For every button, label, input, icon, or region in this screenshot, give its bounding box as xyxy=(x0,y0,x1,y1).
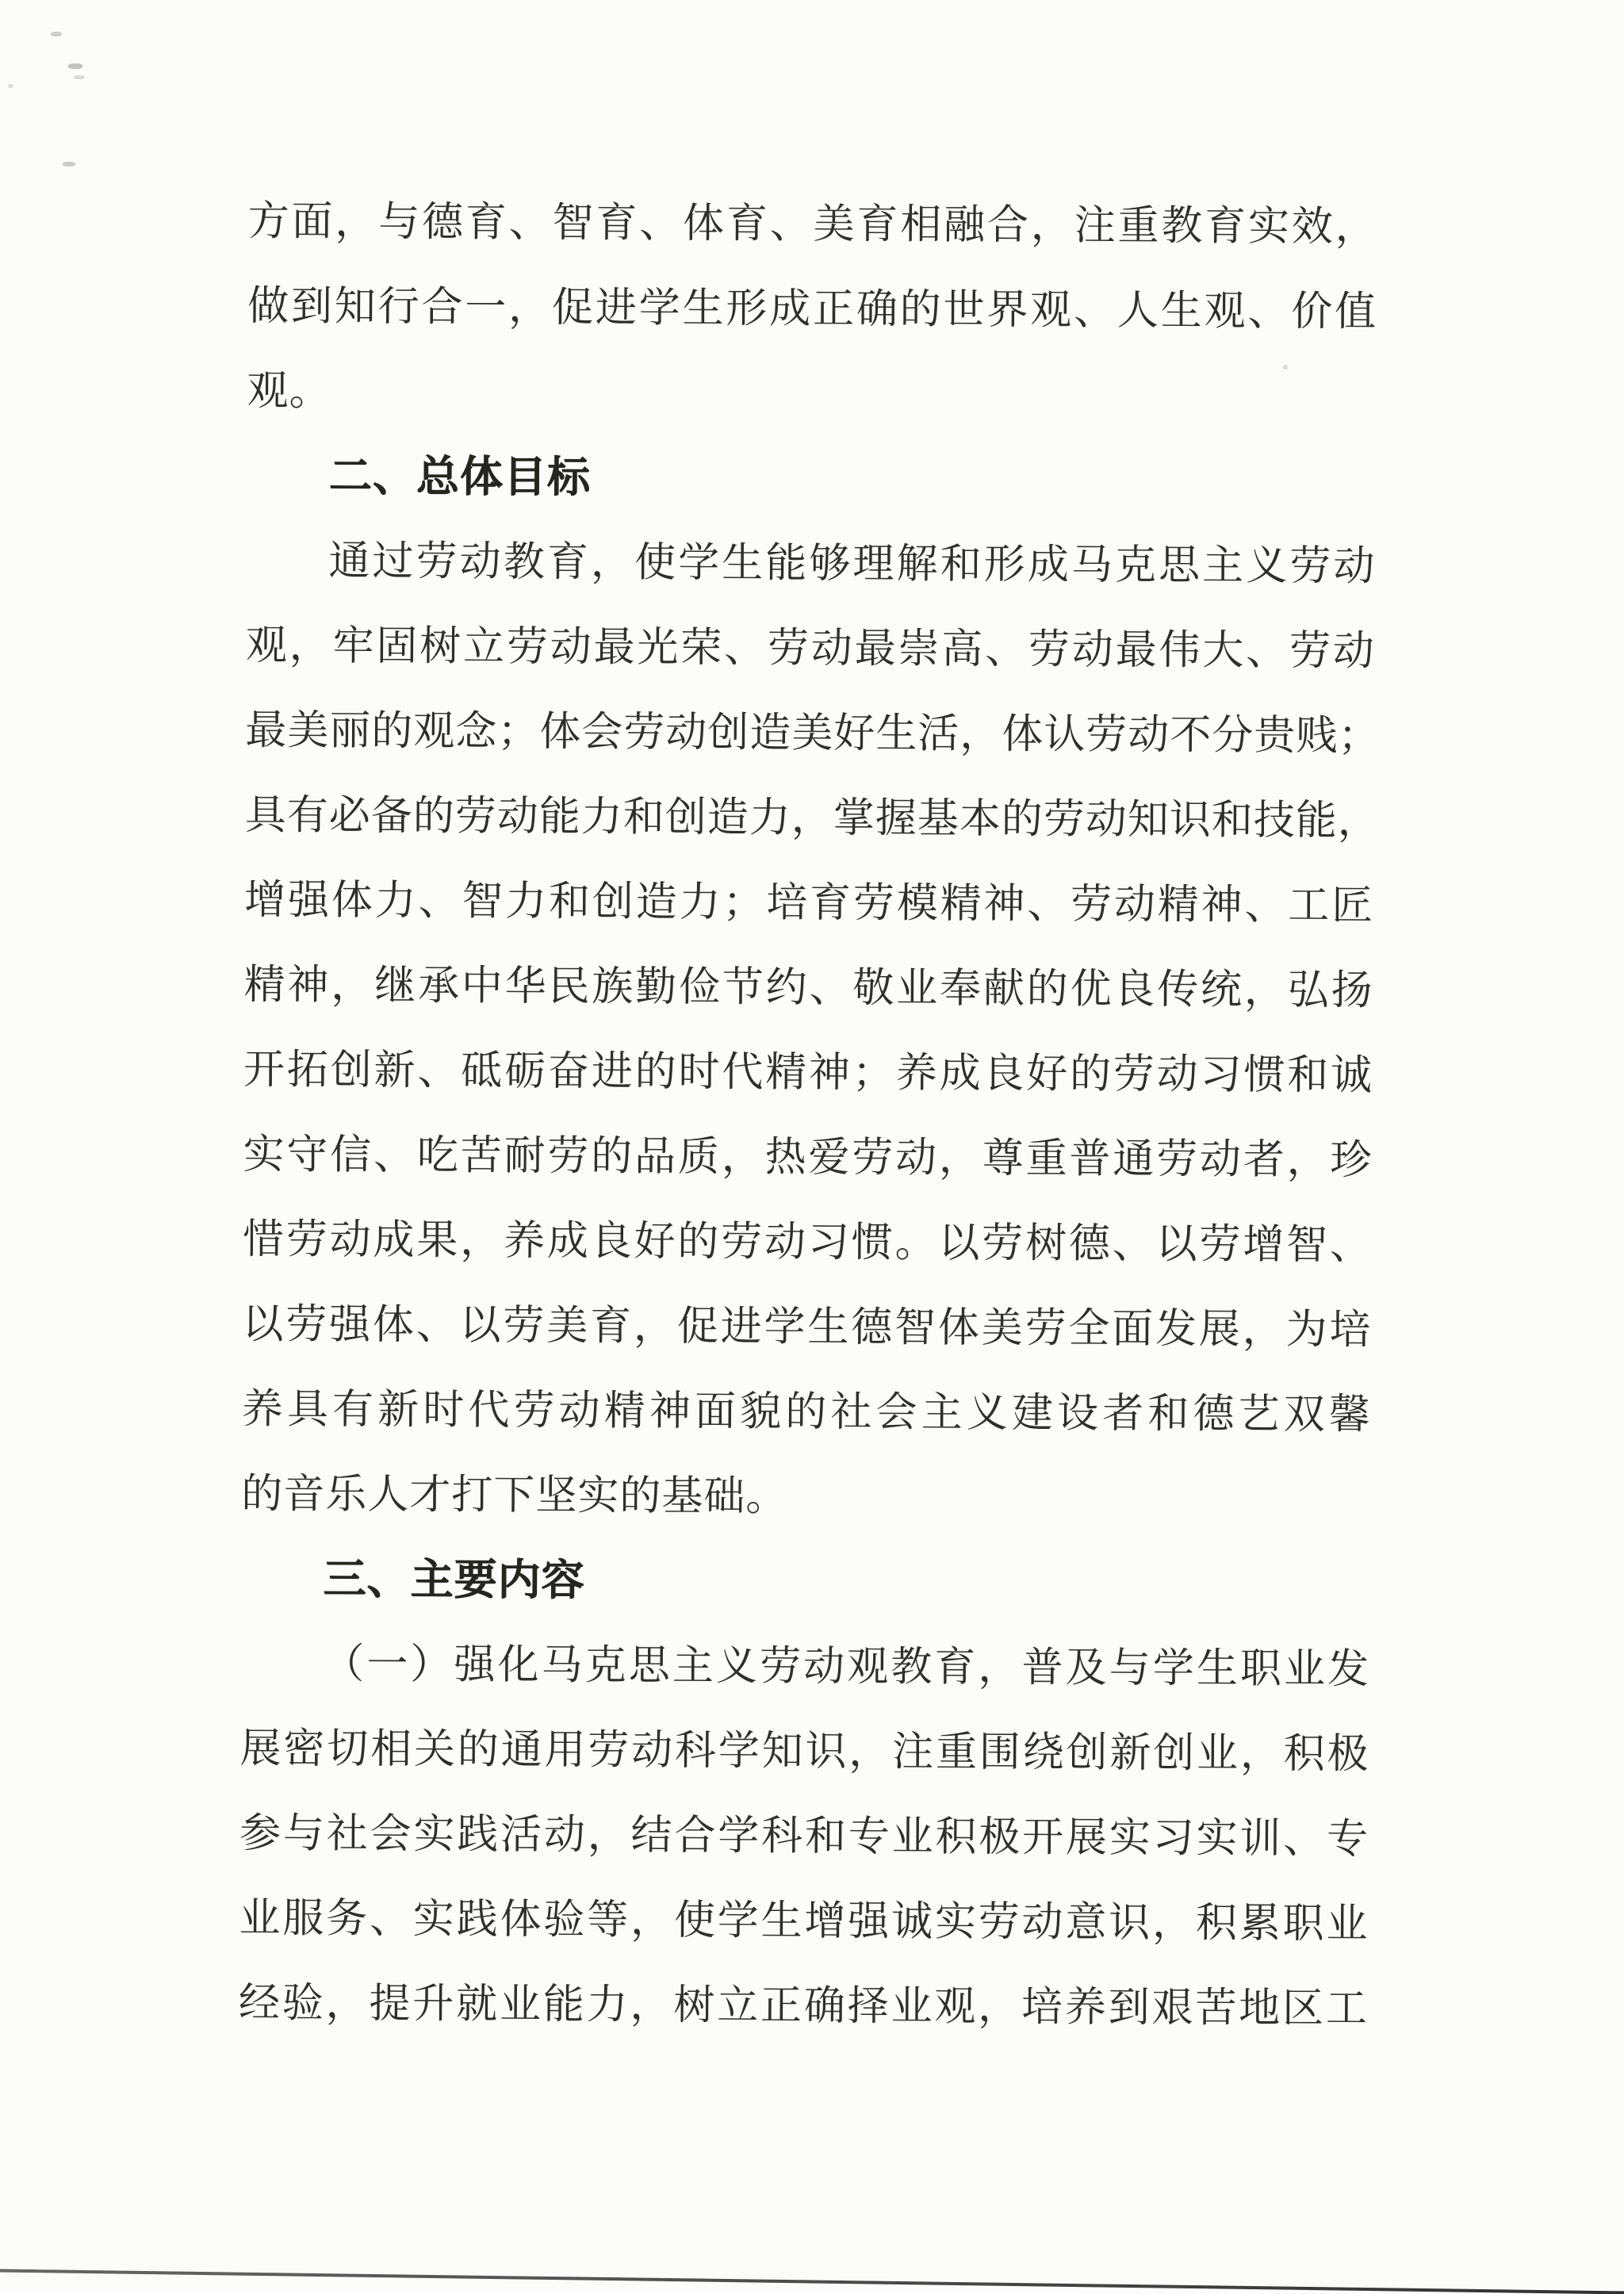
text-line: 精神，继承中华民族勤俭节约、敬业奉献的优良传统，弘扬 xyxy=(243,943,1373,1033)
text-line: 经验，提升就业能力，树立正确择业观，培养到艰苦地区工 xyxy=(239,1961,1369,2051)
scan-speck xyxy=(68,63,82,69)
text-line: 方面，与德育、智育、体育、美育相融合，注重教育实效， xyxy=(247,179,1377,270)
text-line: 开拓创新、砥砺奋进的时代精神；养成良好的劳动习惯和诚 xyxy=(243,1028,1373,1118)
text-line: 最美丽的观念；体会劳动创造美好生活，体认劳动不分贵贱； xyxy=(245,688,1375,779)
scan-speck xyxy=(8,84,13,88)
text-line: 以劳强体、以劳美育，促进学生德智体美劳全面发展，为培 xyxy=(242,1282,1372,1373)
text-line: （一）强化马克思主义劳动观教育，普及与学生职业发 xyxy=(240,1622,1370,1712)
text-line: 展密切相关的通用劳动科学知识，注重围绕创新创业，积极 xyxy=(239,1706,1369,1797)
scan-speck xyxy=(63,162,75,167)
scan-edge-line xyxy=(0,2269,1624,2294)
text-line: 实守信、吃苦耐劳的品质，热爱劳动，尊重普通劳动者，珍 xyxy=(243,1113,1373,1203)
section-heading: 二、总体目标 xyxy=(247,434,1377,524)
text-line: 增强体力、智力和创造力；培育劳模精神、劳动精神、工匠 xyxy=(244,858,1374,948)
text-line: 观，牢固树立劳动最光荣、劳动最崇高、劳动最伟大、劳动 xyxy=(246,603,1376,694)
scan-speck xyxy=(51,32,62,36)
document-page: 方面，与德育、智育、体育、美育相融合，注重教育实效，做到知行合一，促进学生形成正… xyxy=(0,0,1624,2294)
document-body: 方面，与德育、智育、体育、美育相融合，注重教育实效，做到知行合一，促进学生形成正… xyxy=(239,179,1377,2051)
text-line: 业服务、实践体验等，使学生增强诚实劳动意识，积累职业 xyxy=(239,1876,1369,1967)
section-heading: 三、主要内容 xyxy=(240,1537,1370,1627)
text-line: 参与社会实践活动，结合学科和专业积极开展实习实训、专 xyxy=(239,1791,1369,1882)
text-line: 做到知行合一，促进学生形成正确的世界观、人生观、价值 xyxy=(247,264,1377,354)
text-line: 通过劳动教育，使学生能够理解和形成马克思主义劳动 xyxy=(246,519,1376,609)
text-line: 的音乐人才打下坚实的基础。 xyxy=(241,1452,1371,1542)
text-line: 养具有新时代劳动精神面貌的社会主义建设者和德艺双馨 xyxy=(242,1367,1372,1457)
text-line: 惜劳动成果，养成良好的劳动习惯。以劳树德、以劳增智、 xyxy=(243,1197,1373,1288)
text-line: 观。 xyxy=(247,349,1377,439)
scan-speck xyxy=(74,75,85,79)
text-line: 具有必备的劳动能力和创造力，掌握基本的劳动知识和技能， xyxy=(245,773,1375,864)
